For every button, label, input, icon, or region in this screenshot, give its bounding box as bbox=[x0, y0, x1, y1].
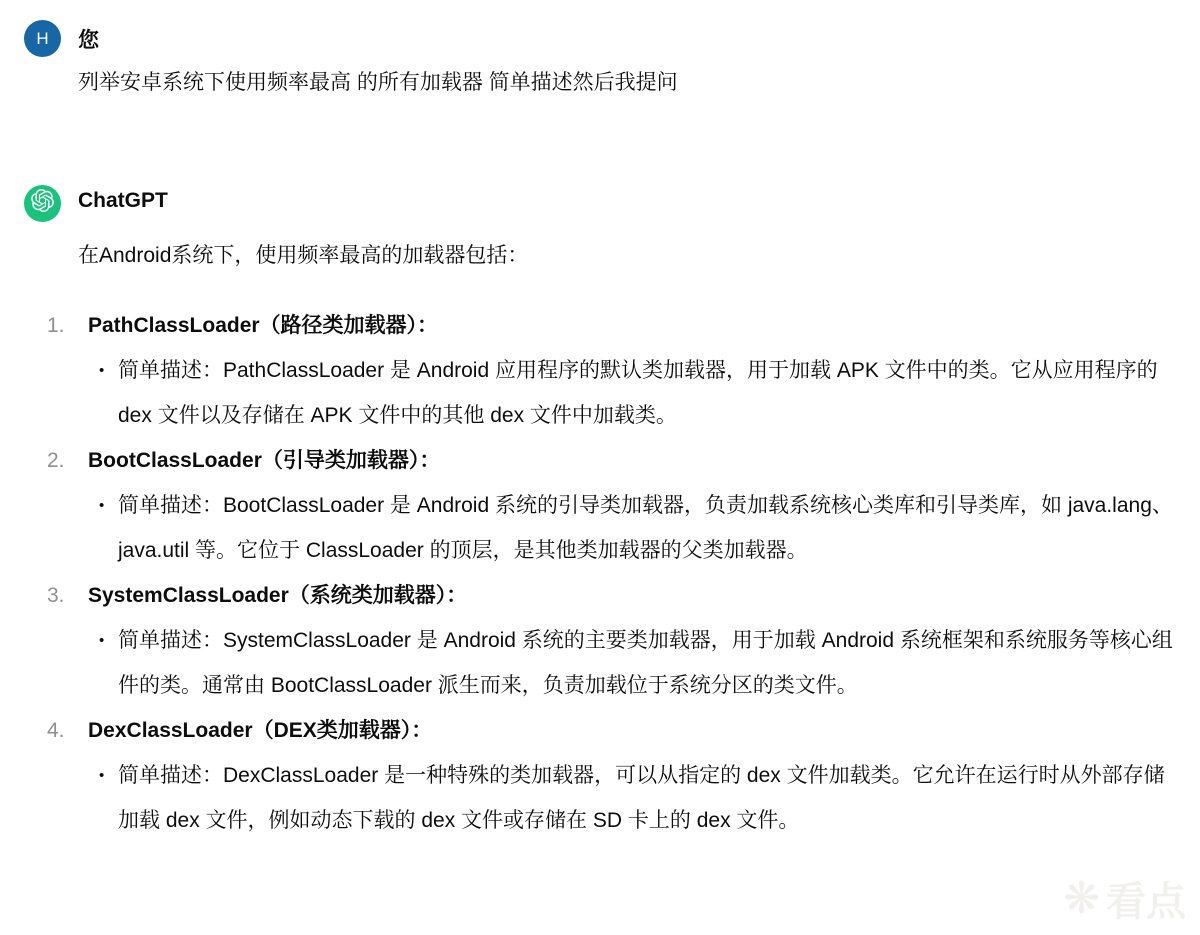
user-author-label: 您 bbox=[78, 20, 1176, 54]
bullet-icon: • bbox=[88, 483, 118, 573]
loader-title: PathClassLoader（路径类加载器）： bbox=[88, 303, 1176, 348]
user-message: H 您 列举安卓系统下使用频率最高 的所有加载器 简单描述然后我提问 bbox=[24, 20, 1176, 101]
bullet-icon: • bbox=[88, 753, 118, 843]
chatgpt-avatar bbox=[24, 185, 61, 222]
list-item: 2. BootClassLoader（引导类加载器）： • 简单描述：BootC… bbox=[47, 438, 1176, 573]
loader-list: 1. PathClassLoader（路径类加载器）： • 简单描述：PathC… bbox=[47, 303, 1176, 843]
bullet-icon: • bbox=[88, 618, 118, 708]
loader-description: 简单描述：DexClassLoader 是一种特殊的类加载器，可以从指定的 de… bbox=[118, 753, 1176, 843]
loader-description: 简单描述：BootClassLoader 是 Android 系统的引导类加载器… bbox=[118, 483, 1176, 573]
list-number: 3. bbox=[47, 573, 88, 708]
user-message-text: 列举安卓系统下使用频率最高 的所有加载器 简单描述然后我提问 bbox=[78, 66, 1176, 101]
openai-logo-icon bbox=[31, 189, 54, 217]
loader-title: BootClassLoader（引导类加载器）： bbox=[88, 438, 1176, 483]
list-item: 1. PathClassLoader（路径类加载器）： • 简单描述：PathC… bbox=[47, 303, 1176, 438]
assistant-message: ChatGPT 在Android系统下，使用频率最高的加载器包括： 1. Pat… bbox=[24, 185, 1176, 844]
user-avatar: H bbox=[24, 20, 61, 57]
watermark-text: 看点 bbox=[1106, 870, 1186, 927]
assistant-intro-text: 在Android系统下，使用频率最高的加载器包括： bbox=[78, 239, 1176, 274]
assistant-author-label: ChatGPT bbox=[78, 185, 1176, 213]
list-number: 1. bbox=[47, 303, 88, 438]
bullet-icon: • bbox=[88, 348, 118, 438]
list-number: 2. bbox=[47, 438, 88, 573]
hexagon-flower-icon: ❋ bbox=[1063, 873, 1100, 924]
list-item: 4. DexClassLoader（DEX类加载器）： • 简单描述：DexCl… bbox=[47, 708, 1176, 843]
list-item: 3. SystemClassLoader（系统类加载器）： • 简单描述：Sys… bbox=[47, 573, 1176, 708]
watermark: ❋ 看点 bbox=[1063, 870, 1186, 927]
loader-title: SystemClassLoader（系统类加载器）： bbox=[88, 573, 1176, 618]
list-number: 4. bbox=[47, 708, 88, 843]
user-avatar-letter: H bbox=[36, 29, 48, 49]
chat-transcript: H 您 列举安卓系统下使用频率最高 的所有加载器 简单描述然后我提问 ChatG… bbox=[0, 0, 1200, 843]
loader-description: 简单描述：SystemClassLoader 是 Android 系统的主要类加… bbox=[118, 618, 1176, 708]
loader-description: 简单描述：PathClassLoader 是 Android 应用程序的默认类加… bbox=[118, 348, 1176, 438]
loader-title: DexClassLoader（DEX类加载器）： bbox=[88, 708, 1176, 753]
